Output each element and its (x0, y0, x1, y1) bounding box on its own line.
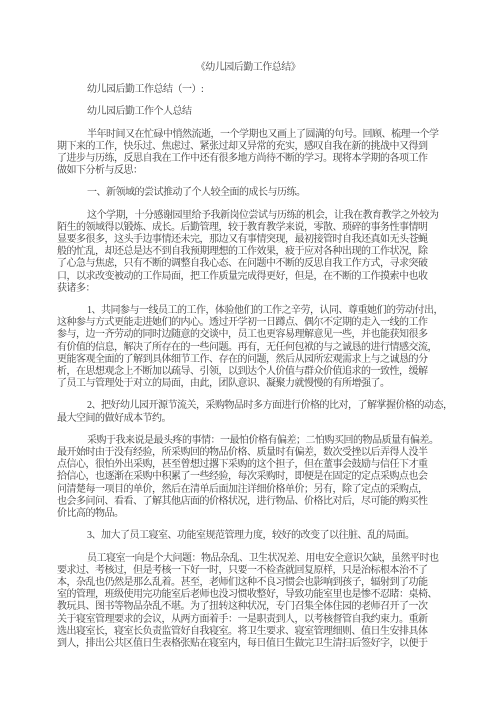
text-line: 到人，排出公共区值日生表格张贴在寝室内，每日值日生做完卫生清扫后签好字，以便于 (57, 638, 439, 650)
text-line: 了心急与焦虑，只有不断的调整自我心态、在问题中不断的反思自我工作方式，寻求突破 (57, 258, 439, 270)
text-line: 这个学期，十分感谢园里给予我新岗位尝试与历练的机会，让我在教育教学之外较为 (57, 210, 439, 222)
intro-paragraph: 半年时间又在忙碌中悄然流逝，一个学期也又画上了圆满的句号。回顾、梳理一个学期下来… (57, 129, 439, 178)
text-line: 有价值的信息，解决了所存在的一些问题。再有，无任何包袱的与之诚恳的进行情感交流， (57, 342, 439, 354)
text-line: 关于寝室管理要求的会议，从两方面着手：一是职责到人，以考核督管自我约束力。重新 (57, 614, 439, 626)
text-line: 这种参与方式更能走进她们的内心。透过开学初一日蹲点、偶尔不定期的走入一线的工作 (57, 317, 439, 329)
purchasing-paragraph: 采购于我来说是最头疼的事情：一最怕价格有偏差；二怕购买回的物品质量有偏差。最开始… (57, 435, 439, 520)
text-line: 1、共同参与一线员工的工作，体验他们的工作之辛劳，认同、尊重她们的劳动付出， (57, 305, 439, 317)
subheading-personal-summary: 幼儿园后勤工作个人总结 (57, 106, 439, 118)
text-line: 价比高的物品。 (57, 508, 439, 520)
text-line: 更能客观全面的了解到具体细节工作、存在的问题，然后从园所宏观需求上与之诚恳的分 (57, 354, 439, 366)
text-line: 一、新领域的尝试推动了个人较全面的成长与历练。 (57, 187, 439, 199)
text-line: 参与，边一齐劳动的同时边随意的交谈中，员工也更容易理解意见一些，并也能获知很多 (57, 329, 439, 341)
document-page: 《幼儿园后勤工作总结》 幼儿园后勤工作总结（一）:幼儿园后勤工作个人总结半年时间… (0, 0, 499, 708)
document-content: 《幼儿园后勤工作总结》 幼儿园后勤工作总结（一）:幼儿园后勤工作个人总结半年时间… (57, 62, 439, 650)
item-1-paragraph: 1、共同参与一线员工的工作，体验他们的工作之辛劳，认同、尊重她们的劳动付出，这种… (57, 305, 439, 390)
dormitory-paragraph: 员工寝室一向是个大问题：物品杂乱、卫生状况差、用电安全意识欠缺，虽然平时也要求过… (57, 553, 439, 651)
subheading-part-one: 幼儿园后勤工作总结（一）: (57, 84, 439, 96)
text-line: 本，杂乱也仍然是那么乱着。甚至，老师们这种不良习惯会也影响到孩子，辐射到了功能 (57, 577, 439, 589)
text-line: 陌生的领域得以锻炼、成长。后勤管理，较于教育教学来说，零散、琐碎的事务性事情明 (57, 222, 439, 234)
item-3-paragraph: 3、加大了员工寝室、功能室规范管理力度，较好的改变了以往脏、乱的局面。 (57, 530, 439, 542)
text-line: 半年时间又在忙碌中悄然流逝，一个学期也又画上了圆满的句号。回顾、梳理一个学 (57, 129, 439, 141)
text-line: 采购于我来说是最头疼的事情：一最怕价格有偏差；二怕购买回的物品质量有偏差。 (57, 435, 439, 447)
text-line: 析，在思想观念上不断加以疏导、引领，以到达个人价值与群众价值追求的一致性，缓解 (57, 366, 439, 378)
document-body: 幼儿园后勤工作总结（一）:幼儿园后勤工作个人总结半年时间又在忙碌中悄然流逝，一个… (57, 84, 439, 650)
text-line: 点信心，很怕外出采购，甚至曾想过撂下采购的这个担子，但在董事会鼓励与信任下才重 (57, 459, 439, 471)
text-line: 最大空间的做好成本节约。 (57, 413, 439, 425)
text-line: 员工寝室一向是个大问题：物品杂乱、卫生状况差、用电安全意识欠缺，虽然平时也 (57, 553, 439, 565)
text-line: 了员工与管理处于对立的局面，由此，团队意识、凝聚力就慢慢的有所增强了。 (57, 378, 439, 390)
text-line: 2、把好幼儿园开源节流关，采购物品时多方面进行价格的比对，了解掌握价格的动态， (57, 400, 439, 412)
item-2-paragraph: 2、把好幼儿园开源节流关，采购物品时多方面进行价格的比对，了解掌握价格的动态，最… (57, 400, 439, 424)
text-line: 选出寝室长，寝室长负责监管好自我寝室。将卫生要求、寝室管理细则、值日生安排具体 (57, 626, 439, 638)
text-line: 要求过、考核过，但是考核一下好一时，只要一不检查就回复原样，只是治标根本治不了 (57, 565, 439, 577)
text-line: 问清楚每一项目的单价，然后在清单后面加注详细价格单价；另有，除了定点的采购点， (57, 484, 439, 496)
text-line: 显要多很多，这头手边事情还未完，那边又有事情突现，最初接管时自我还真如无头苍蝇 (57, 234, 439, 246)
text-line: 3、加大了员工寝室、功能室规范管理力度，较好的改变了以往脏、乱的局面。 (57, 530, 439, 542)
text-line: 室的管理，班级使用完功能室后老师也没习惯收整好，导致功能室里也是惨不忍睹：桌椅、 (57, 589, 439, 601)
text-line: 般的忙乱，却还总是达不到自我预期理想的工作效果，疲于应对各种出现的工作状况，除 (57, 246, 439, 258)
text-line: 教玩具、图书等物品杂乱不堪。为了扭转这种状况，专门召集全体住园的老师召开了一次 (57, 601, 439, 613)
text-line: 了进步与历练，反思自我在工作中还有很多地方尚待不断的学习。现将本学期的各项工作 (57, 153, 439, 165)
text-line: 期下来的工作，快乐过、焦虑过、紧张过却又异常的充实，感叹自我在新的挑战中又得到 (57, 141, 439, 153)
text-line: 幼儿园后勤工作总结（一）: (57, 84, 439, 96)
section-1-heading: 一、新领域的尝试推动了个人较全面的成长与历练。 (57, 187, 439, 199)
text-line: 最开始时由于没有经验，所采购回的物品价格、质量时有偏差，数次受挫以后弄得人没半 (57, 447, 439, 459)
text-line: 获诸多： (57, 283, 439, 295)
text-line: 拾信心，也逐渐在采购中积累了一些经验，每次采购时，即便是在固定的定点采购点也会 (57, 471, 439, 483)
text-line: 做如下分析与反思： (57, 165, 439, 177)
text-line: 幼儿园后勤工作个人总结 (57, 106, 439, 118)
text-line: 口，以求改变被动的工作局面，把工作质量完成得更好，但是，在不断的工作摸索中也收 (57, 271, 439, 283)
document-title: 《幼儿园后勤工作总结》 (57, 62, 439, 74)
section-1-paragraph: 这个学期，十分感谢园里给予我新岗位尝试与历练的机会，让我在教育教学之外较为陌生的… (57, 210, 439, 295)
text-line: 也会多问问、看看、了解其他店面的价格状况，进行物品、价格比对后，尽可能的购买性 (57, 496, 439, 508)
